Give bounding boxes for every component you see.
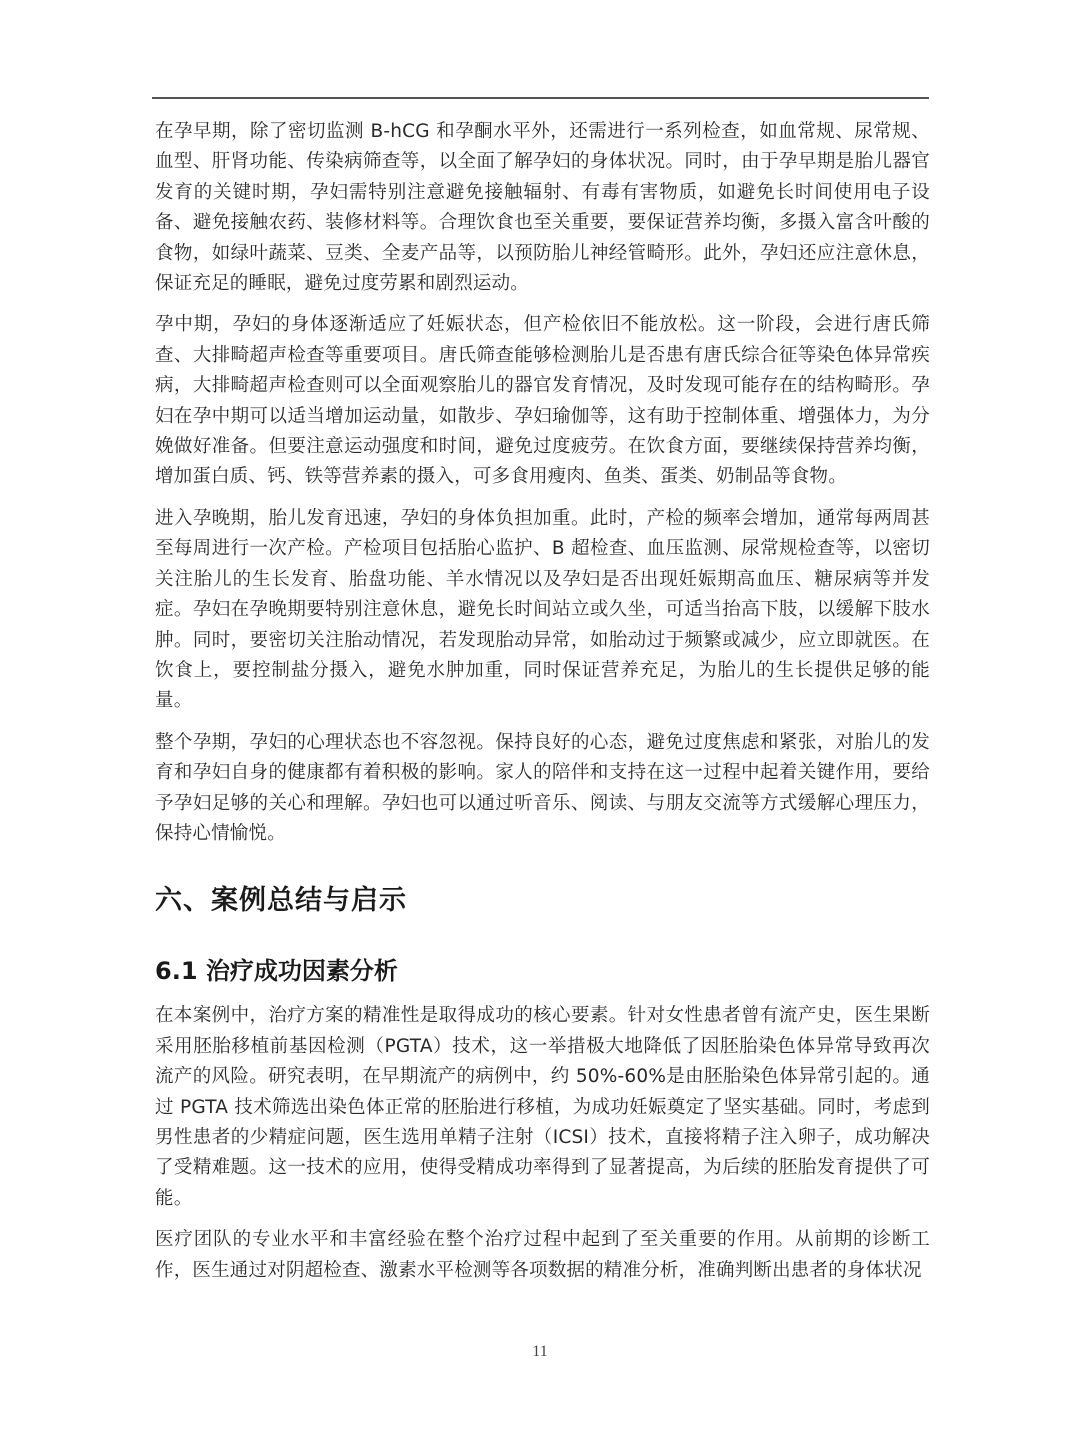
document-body: 在孕早期，除了密切监测 B-hCG 和孕酮水平外，还需进行一系列检查，如血常规、… bbox=[155, 117, 930, 1297]
paragraph-treatment-precision: 在本案例中，治疗方案的精准性是取得成功的核心要素。针对女性患者曾有流产史，医生果… bbox=[155, 1001, 930, 1214]
paragraph-first-trimester: 在孕早期，除了密切监测 B-hCG 和孕酮水平外，还需进行一系列检查，如血常规、… bbox=[155, 117, 930, 299]
header-rule bbox=[152, 97, 929, 99]
paragraph-psychological-state: 整个孕期，孕妇的心理状态也不容忽视。保持良好的心态，避免过度焦虑和紧张，对胎儿的… bbox=[155, 728, 930, 850]
page-number: 11 bbox=[0, 1343, 1080, 1361]
section-heading: 六、案例总结与启示 bbox=[155, 873, 930, 929]
paragraph-medical-team: 医疗团队的专业水平和丰富经验在整个治疗过程中起到了至关重要的作用。从前期的诊断工… bbox=[155, 1225, 930, 1286]
paragraph-second-trimester: 孕中期，孕妇的身体逐渐适应了妊娠状态，但产检依旧不能放松。这一阶段，会进行唐氏筛… bbox=[155, 310, 930, 492]
subsection-heading: 6.1 治疗成功因素分析 bbox=[155, 949, 930, 993]
paragraph-third-trimester: 进入孕晚期，胎儿发育迅速，孕妇的身体负担加重。此时，产检的频率会增加，通常每两周… bbox=[155, 504, 930, 717]
